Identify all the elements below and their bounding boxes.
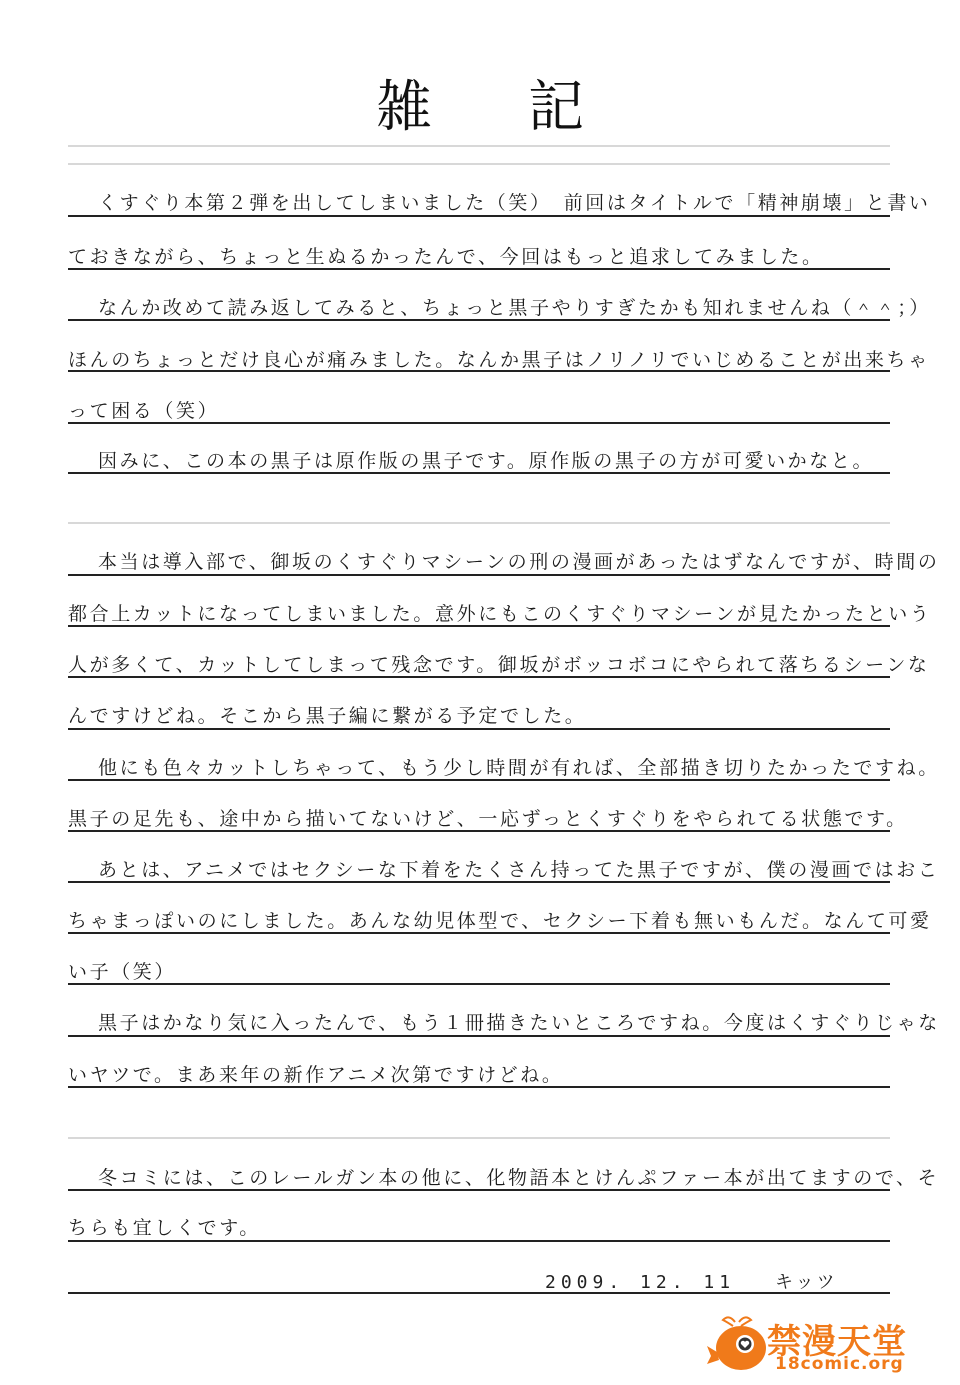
- underline: [68, 676, 890, 678]
- text-line: い子（笑）: [68, 960, 890, 984]
- text-line: って困る（笑）: [68, 399, 890, 423]
- underline: [68, 1086, 890, 1088]
- text-line: ちゃまっぽいのにしました。あんな幼児体型で、セクシー下着も無いもんだ。なんて可愛: [68, 909, 890, 933]
- text-line: 冬コミには、このレールガン本の他に、化物語本とけんぷファー本が出てますので、そ: [68, 1166, 890, 1190]
- page-title: 雑記: [0, 78, 960, 138]
- underline: [68, 1189, 890, 1191]
- divider: [68, 522, 890, 524]
- underline: [68, 422, 890, 424]
- underline: [68, 370, 890, 372]
- divider: [68, 1137, 890, 1139]
- text-line: 人が多くて、カットしてしまって残念です。御坂がボッコボコにやられて落ちるシーンな: [68, 653, 890, 677]
- text-line: ほんのちょっとだけ良心が痛みました。なんか黒子はノリノリでいじめることが出来ちゃ: [68, 348, 890, 372]
- text-line: いヤツで。まあ来年の新作アニメ次第ですけどね。: [68, 1063, 890, 1087]
- signature: 2009. 12. 11キッツ: [545, 1268, 838, 1294]
- underline: [68, 1240, 890, 1242]
- watermark-url: 18comic.org: [775, 1354, 904, 1374]
- underline: [68, 881, 890, 883]
- text-line: あとは、アニメではセクシーな下着をたくさん持ってた黒子ですが、僕の漫画ではおこ: [68, 858, 890, 882]
- underline: [68, 319, 890, 321]
- text-line: 黒子はかなり気に入ったんで、もう１冊描きたいところですね。今度はくすぐりじゃな: [68, 1011, 890, 1035]
- underline: [68, 1035, 890, 1037]
- divider: [68, 145, 890, 147]
- watermark: 禁漫天堂 18comic.org: [705, 1312, 905, 1378]
- text-line: 本当は導入部で、御坂のくすぐりマシーンの刑の漫画があったはずなんですが、時間の: [68, 550, 890, 574]
- underline: [68, 215, 890, 217]
- text-line: 因みに、この本の黒子は原作版の黒子です。原作版の黒子の方が可愛いかなと。: [68, 449, 890, 473]
- underline: [68, 268, 890, 270]
- signature-date: 2009. 12. 11: [545, 1272, 735, 1293]
- signature-author: キッツ: [775, 1272, 838, 1293]
- underline: [68, 472, 890, 474]
- text-line: なんか改めて読み返してみると、ちょっと黒子やりすぎたかも知れませんね（＾＾；）: [68, 296, 890, 320]
- divider: [68, 163, 890, 165]
- underline: [68, 983, 890, 985]
- text-line: 黒子の足先も、途中から描いてないけど、一応ずっとくすぐりをやられてる状態です。: [68, 807, 890, 831]
- text-line: くすぐり本第２弾を出してしまいました（笑） 前回はタイトルで「精神崩壊」と書い: [68, 191, 890, 215]
- whale-mascot-icon: [705, 1312, 769, 1376]
- underline: [68, 1292, 890, 1294]
- underline: [68, 574, 890, 576]
- underline: [68, 625, 890, 627]
- text-line: ちらも宜しくです。: [68, 1216, 890, 1240]
- text-line: ておきながら、ちょっと生ぬるかったんで、今回はもっと追求してみました。: [68, 245, 890, 269]
- underline: [68, 728, 890, 730]
- underline: [68, 830, 890, 832]
- text-line: 他にも色々カットしちゃって、もう少し時間が有れば、全部描き切りたかったですね。: [68, 756, 890, 780]
- text-line: んですけどね。そこから黒子編に繋がる予定でした。: [68, 704, 890, 728]
- underline: [68, 779, 890, 781]
- underline: [68, 932, 890, 934]
- text-line: 都合上カットになってしまいました。意外にもこのくすぐりマシーンが見たかったという: [68, 602, 890, 626]
